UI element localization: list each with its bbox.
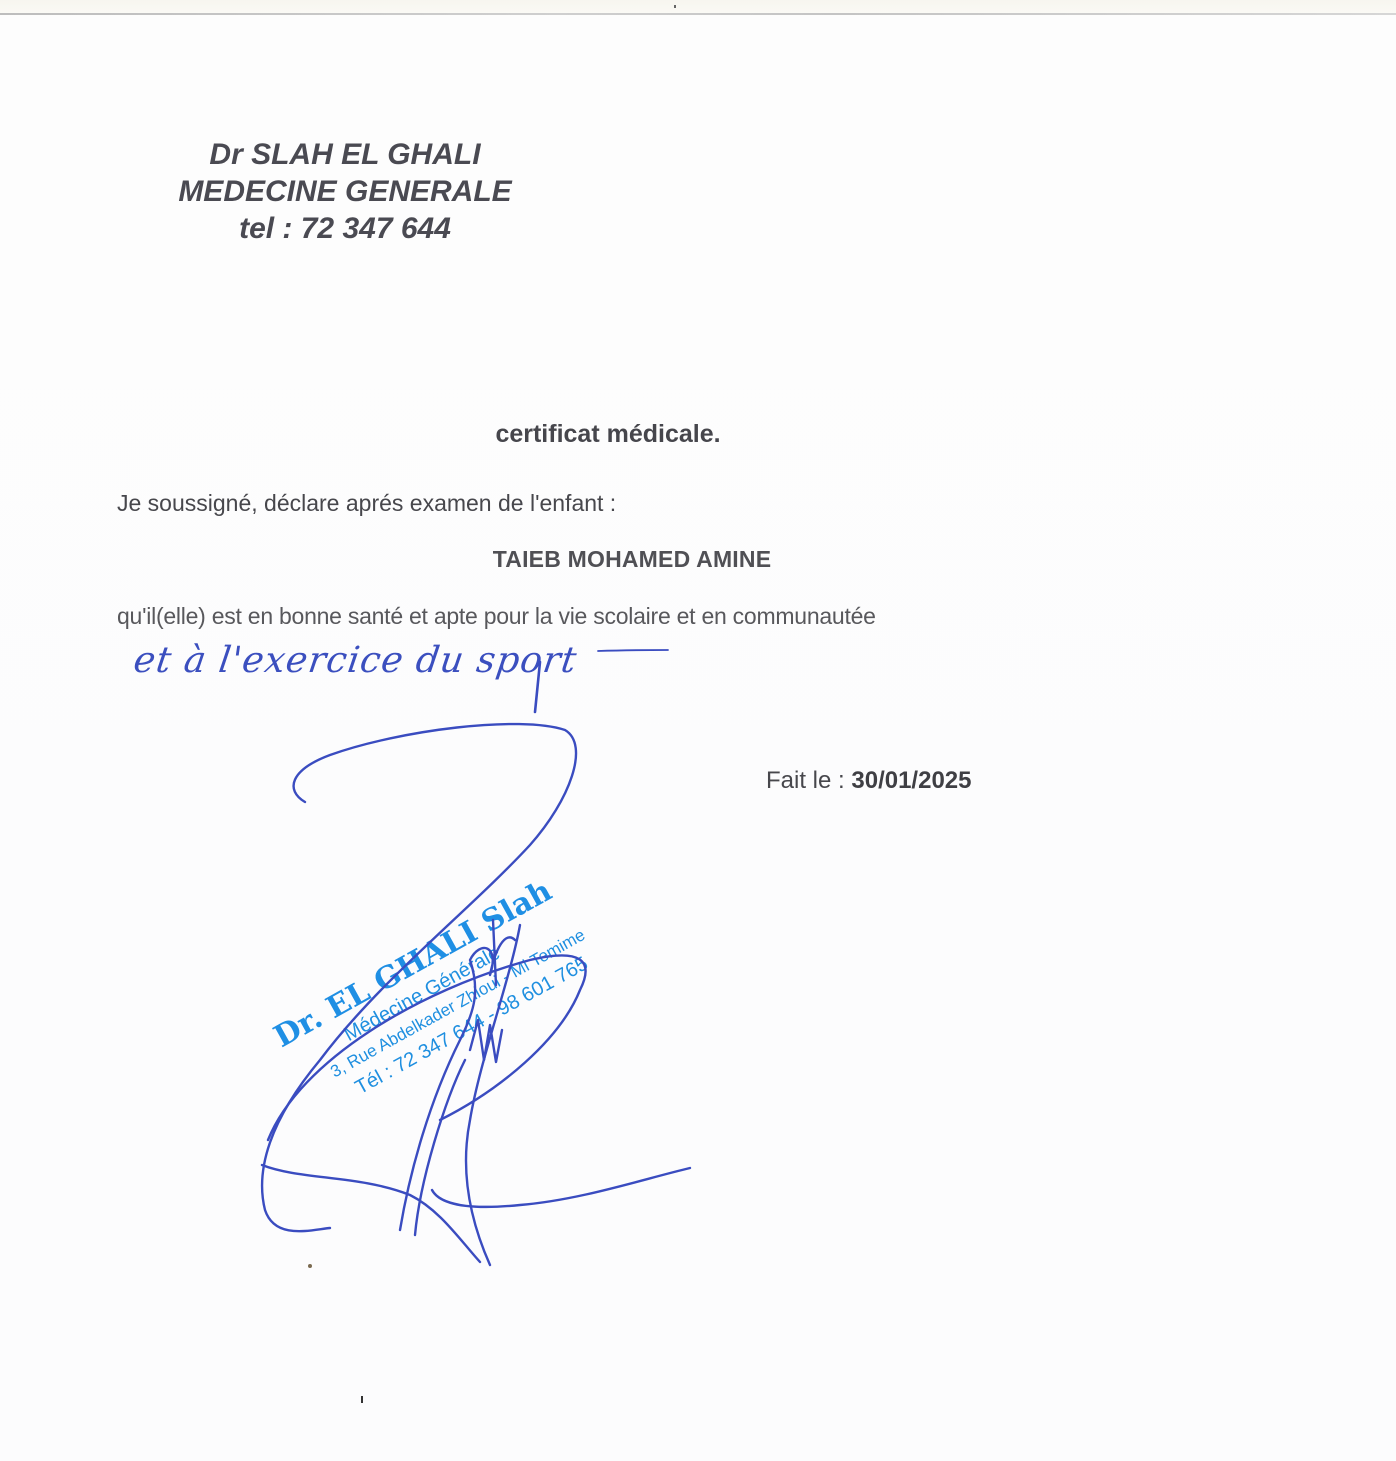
- doctor-phone: tel : 72 347 644: [140, 210, 550, 247]
- date-line: Fait le : 30/01/2025: [766, 767, 972, 795]
- scan-edge-line: [0, 13, 1396, 15]
- fitness-statement: qu'il(elle) est en bonne santé et apte p…: [117, 603, 876, 630]
- scan-speck: [674, 5, 676, 8]
- date-value: 30/01/2025: [851, 767, 971, 794]
- patient-name: TAIEB MOHAMED AMINE: [0, 546, 1264, 573]
- declaration-intro: Je soussigné, déclare aprés examen de l'…: [117, 490, 616, 517]
- document-title: certificat médicale.: [0, 420, 1216, 449]
- doctor-name: Dr SLAH EL GHALI: [140, 136, 550, 173]
- doctor-stamp: Dr. EL GHALI Slah Médecine Générale 3, R…: [250, 920, 670, 1220]
- handwritten-addition: et à l'exercice du sport: [131, 640, 580, 681]
- doctor-specialty: MEDECINE GENERALE: [140, 173, 550, 210]
- certificate-page: Dr SLAH EL GHALI MEDECINE GENERALE tel :…: [0, 0, 1396, 1461]
- doctor-letterhead: Dr SLAH EL GHALI MEDECINE GENERALE tel :…: [140, 136, 550, 247]
- date-label: Fait le :: [766, 767, 845, 794]
- stamp-text: Dr. EL GHALI Slah Médecine Générale 3, R…: [260, 870, 603, 1128]
